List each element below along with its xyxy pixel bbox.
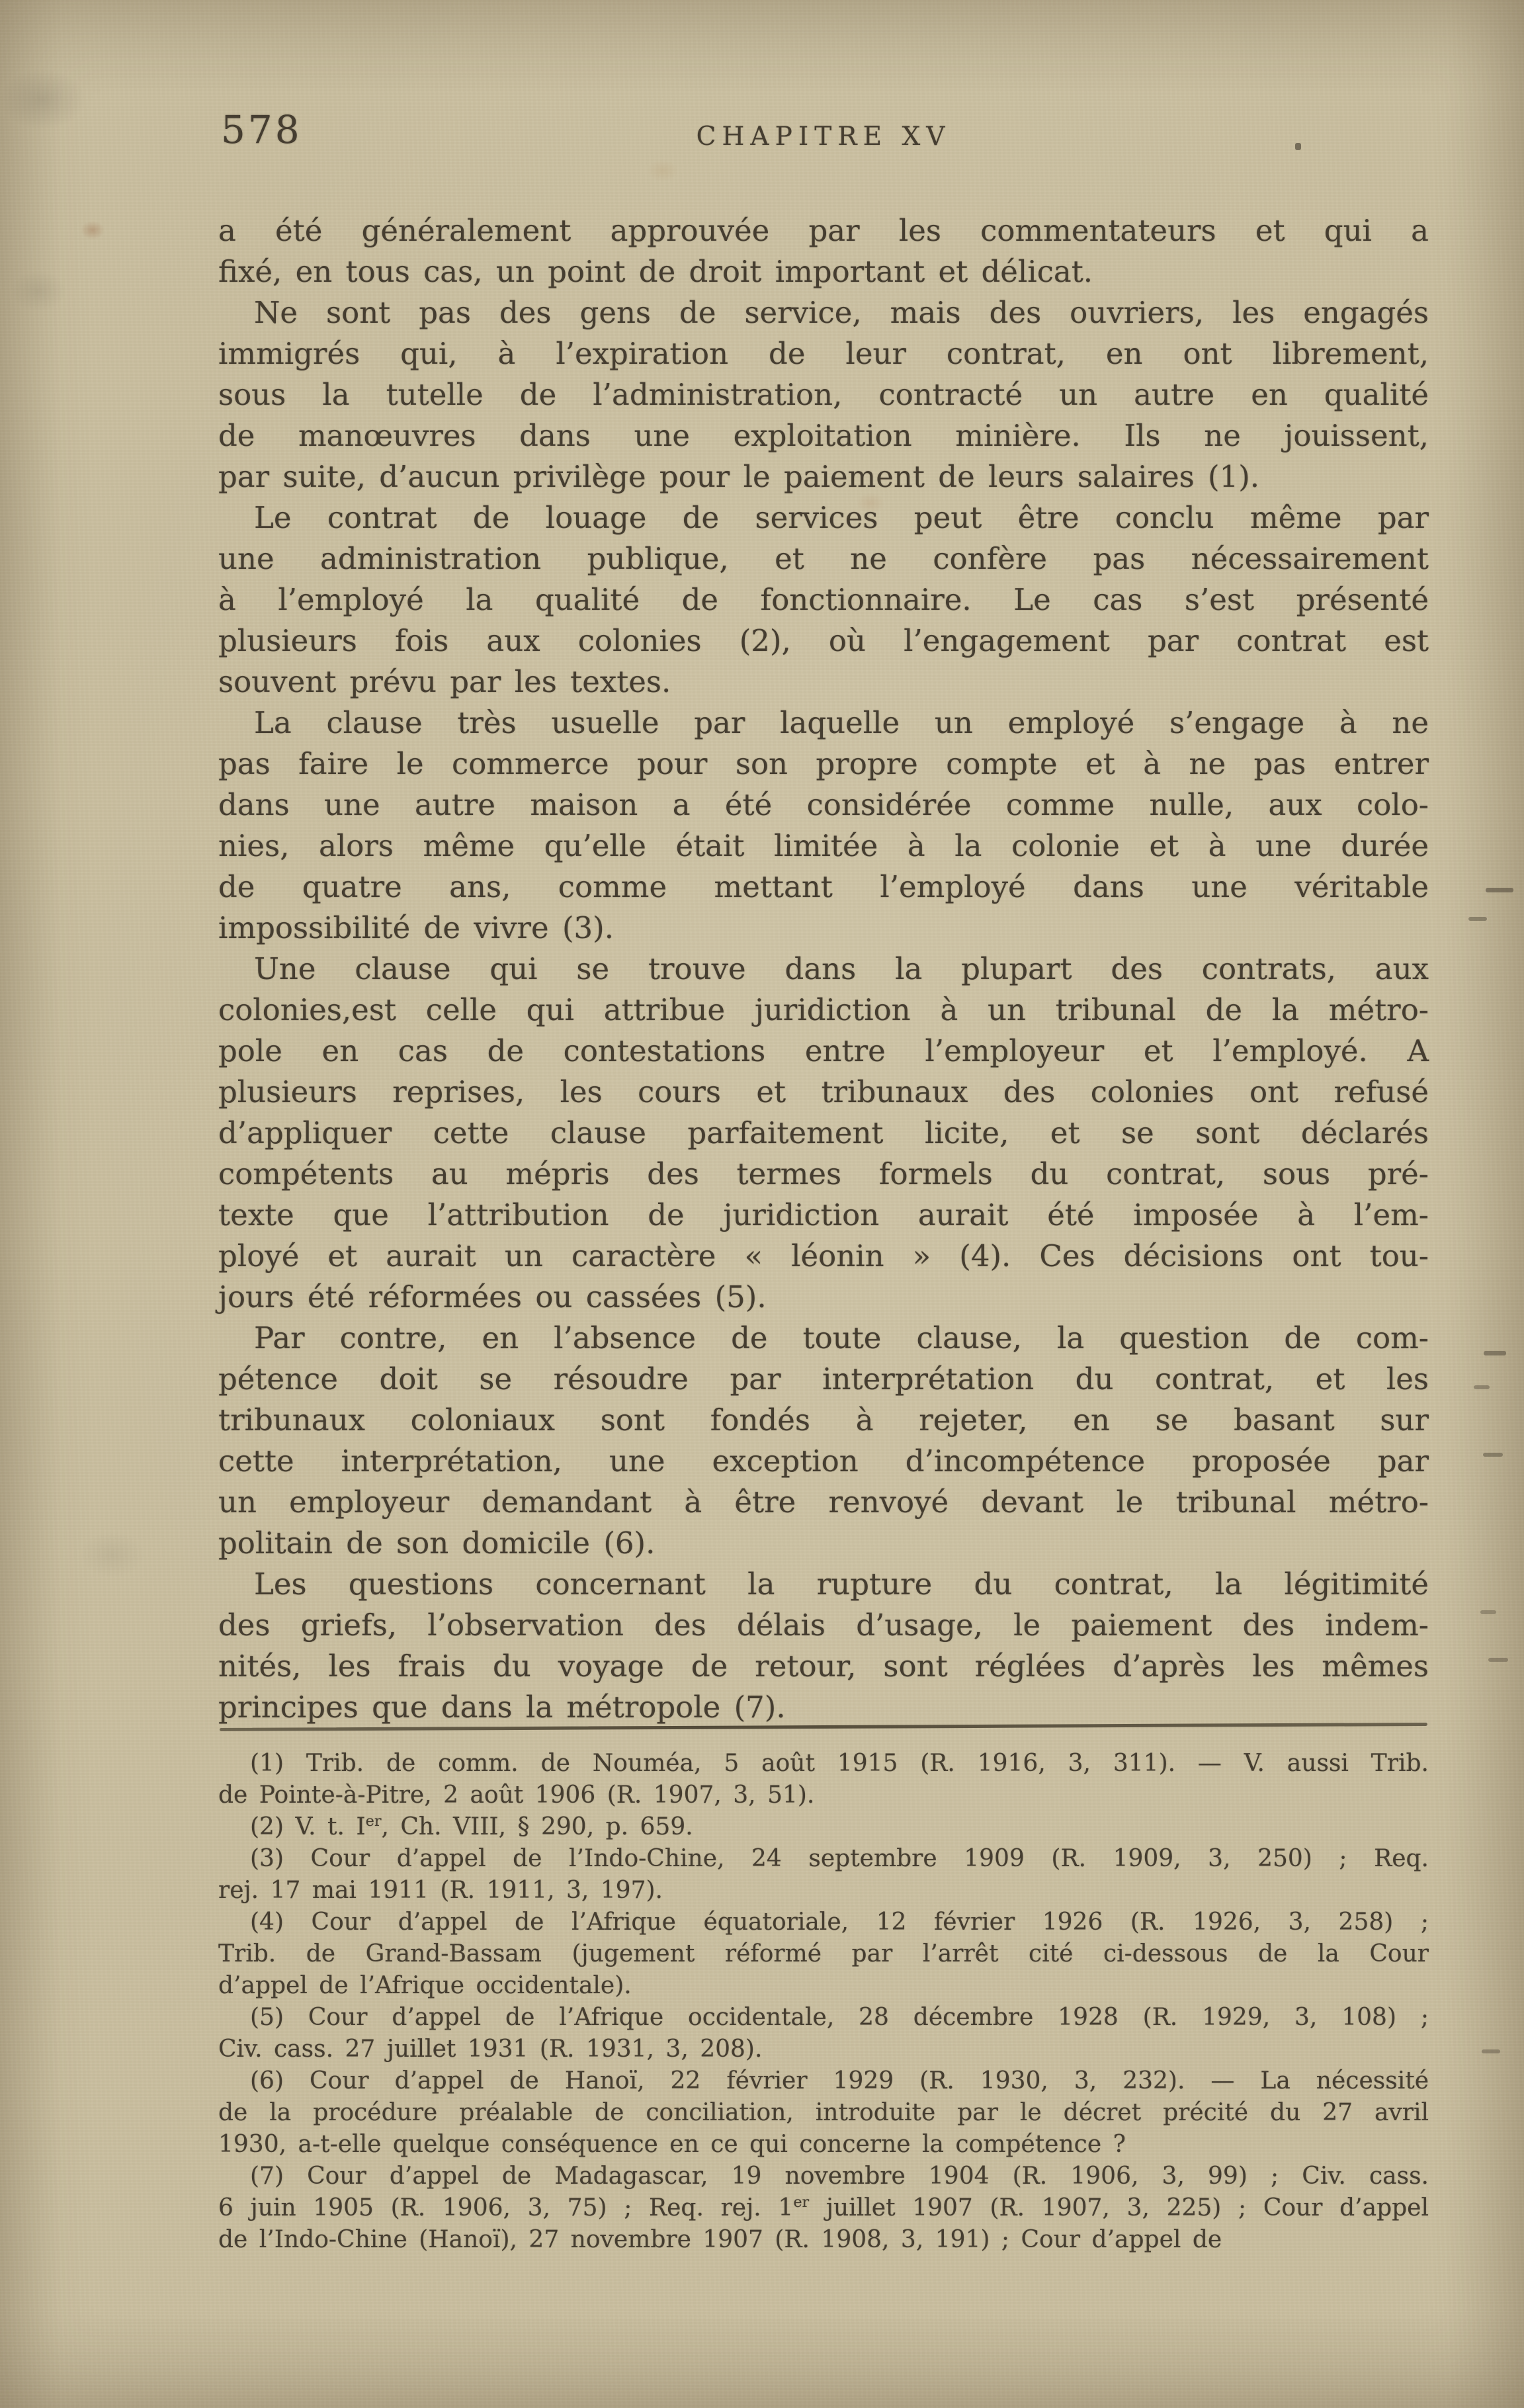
paragraph: La clause très usuelle par laquelle un e… bbox=[218, 703, 1429, 949]
text-line: à l’employé la qualité de fonctionnaire.… bbox=[218, 580, 1429, 621]
ink-speck bbox=[1295, 143, 1301, 150]
paragraph: Une clause qui se trouve dans la plupart… bbox=[218, 949, 1429, 1318]
text-line: pas faire le commerce pour son propre co… bbox=[218, 744, 1429, 785]
text-line: sous la tutelle de l’administration, con… bbox=[218, 374, 1429, 415]
text-line: une administration publique, et ne confè… bbox=[218, 538, 1429, 580]
text-line: impossibilité de vivre (3). bbox=[218, 908, 1429, 949]
text-line: (3) Cour d’appel de l’Indo-Chine, 24 sep… bbox=[218, 1843, 1429, 1875]
chapter-title: CHAPITRE XV bbox=[218, 122, 1429, 151]
scan-mark bbox=[1484, 1351, 1506, 1355]
text-line: politain de son domicile (6). bbox=[218, 1523, 1429, 1564]
paragraph: Le contrat de louage de services peut êt… bbox=[218, 497, 1429, 703]
text-line: Civ. cass. 27 juillet 1931 (R. 1931, 3, … bbox=[218, 2034, 1429, 2065]
text-line: principes que dans la métropole (7). bbox=[218, 1687, 1429, 1728]
scan-mark bbox=[1482, 2049, 1500, 2053]
text-line: pole en cas de contestations entre l’emp… bbox=[218, 1031, 1429, 1072]
text-line: 1930, a-t-elle quelque conséquence en ce… bbox=[218, 2129, 1429, 2161]
text-line: 6 juin 1905 (R. 1906, 3, 75) ; Req. rej.… bbox=[218, 2192, 1429, 2224]
text-line: (1) Trib. de comm. de Nouméa, 5 août 191… bbox=[218, 1748, 1429, 1780]
text-line: texte que l’attribution de juridiction a… bbox=[218, 1195, 1429, 1236]
scan-mark bbox=[1486, 888, 1513, 892]
text-line: (7) Cour d’appel de Madagascar, 19 novem… bbox=[218, 2161, 1429, 2192]
text-line: cette interprétation, une exception d’in… bbox=[218, 1441, 1429, 1482]
text-line: (2) V. t. Ier, Ch. VIII, § 290, p. 659. bbox=[218, 1811, 1429, 1843]
text-line: un employeur demandant à être renvoyé de… bbox=[218, 1482, 1429, 1523]
text-line: nités, les frais du voyage de retour, so… bbox=[218, 1646, 1429, 1687]
text-line: des griefs, l’observation des délais d’u… bbox=[218, 1605, 1429, 1646]
paragraph: Par contre, en l’absence de toute clause… bbox=[218, 1318, 1429, 1564]
text-line: a été généralement approuvée par les com… bbox=[218, 210, 1429, 251]
text-line: immigrés qui, à l’expiration de leur con… bbox=[218, 333, 1429, 374]
text-line: Le contrat de louage de services peut êt… bbox=[218, 497, 1429, 538]
text-line: de manœuvres dans une exploitation miniè… bbox=[218, 415, 1429, 456]
text-line: Trib. de Grand-Bassam (jugement réformé … bbox=[218, 1938, 1429, 1970]
text-line: (6) Cour d’appel de Hanoï, 22 février 19… bbox=[218, 2065, 1429, 2097]
text-line: (5) Cour d’appel de l’Afrique occidental… bbox=[218, 2002, 1429, 2034]
footnotes: (1) Trib. de comm. de Nouméa, 5 août 191… bbox=[218, 1748, 1429, 2256]
text-line: d’appel de l’Afrique occidentale). bbox=[218, 1970, 1429, 2002]
text-line: plusieurs fois aux colonies (2), où l’en… bbox=[218, 621, 1429, 662]
footnote: (5) Cour d’appel de l’Afrique occidental… bbox=[218, 2002, 1429, 2065]
footnote: (4) Cour d’appel de l’Afrique équatorial… bbox=[218, 1907, 1429, 2002]
scan-mark bbox=[1468, 917, 1487, 921]
text-line: tribunaux coloniaux sont fondés à rejete… bbox=[218, 1400, 1429, 1441]
footnote: (2) V. t. Ier, Ch. VIII, § 290, p. 659. bbox=[218, 1811, 1429, 1843]
text-line: Ne sont pas des gens de service, mais de… bbox=[218, 292, 1429, 333]
text-line: souvent prévu par les textes. bbox=[218, 662, 1429, 703]
text-line: (4) Cour d’appel de l’Afrique équatorial… bbox=[218, 1907, 1429, 1938]
text-line: de quatre ans, comme mettant l’employé d… bbox=[218, 867, 1429, 908]
text-line: nies, alors même qu’elle était limitée à… bbox=[218, 826, 1429, 867]
book-page: 578 CHAPITRE XV a été généralement appro… bbox=[0, 0, 1524, 2408]
text-line: compétents au mépris des termes formels … bbox=[218, 1154, 1429, 1195]
footnote: (3) Cour d’appel de l’Indo-Chine, 24 sep… bbox=[218, 1843, 1429, 1907]
text-line: ployé et aurait un caractère « léonin » … bbox=[218, 1236, 1429, 1277]
paragraph: a été généralement approuvée par les com… bbox=[218, 210, 1429, 292]
text-line: d’appliquer cette clause parfaitement li… bbox=[218, 1113, 1429, 1154]
text-line: plusieurs reprises, les cours et tribuna… bbox=[218, 1072, 1429, 1113]
main-text: a été généralement approuvée par les com… bbox=[218, 210, 1429, 1728]
paragraph: Les questions concernant la rupture du c… bbox=[218, 1564, 1429, 1728]
text-line: de la procédure préalable de conciliatio… bbox=[218, 2097, 1429, 2129]
text-line: dans une autre maison a été considérée c… bbox=[218, 785, 1429, 826]
scan-mark bbox=[1480, 1610, 1496, 1614]
footnote: (7) Cour d’appel de Madagascar, 19 novem… bbox=[218, 2161, 1429, 2256]
text-line: Les questions concernant la rupture du c… bbox=[218, 1564, 1429, 1605]
scan-mark bbox=[1488, 1658, 1508, 1662]
footnote: (1) Trib. de comm. de Nouméa, 5 août 191… bbox=[218, 1748, 1429, 1811]
text-line: rej. 17 mai 1911 (R. 1911, 3, 197). bbox=[218, 1875, 1429, 1907]
scan-mark bbox=[1483, 1453, 1503, 1457]
text-line: de Pointe-à-Pitre, 2 août 1906 (R. 1907,… bbox=[218, 1780, 1429, 1811]
text-line: jours été réformées ou cassées (5). bbox=[218, 1277, 1429, 1318]
text-line: fixé, en tous cas, un point de droit imp… bbox=[218, 251, 1429, 292]
text-line: par suite, d’aucun privilège pour le pai… bbox=[218, 456, 1429, 497]
scan-mark bbox=[1474, 1385, 1490, 1389]
paragraph: Ne sont pas des gens de service, mais de… bbox=[218, 292, 1429, 497]
text-line: Une clause qui se trouve dans la plupart… bbox=[218, 949, 1429, 990]
text-line: La clause très usuelle par laquelle un e… bbox=[218, 703, 1429, 744]
text-line: pétence doit se résoudre par interprétat… bbox=[218, 1359, 1429, 1400]
footnote: (6) Cour d’appel de Hanoï, 22 février 19… bbox=[218, 2065, 1429, 2161]
text-line: de l’Indo-Chine (Hanoï), 27 novembre 190… bbox=[218, 2224, 1429, 2256]
text-line: Par contre, en l’absence de toute clause… bbox=[218, 1318, 1429, 1359]
text-line: colonies,est celle qui attribue juridict… bbox=[218, 990, 1429, 1031]
